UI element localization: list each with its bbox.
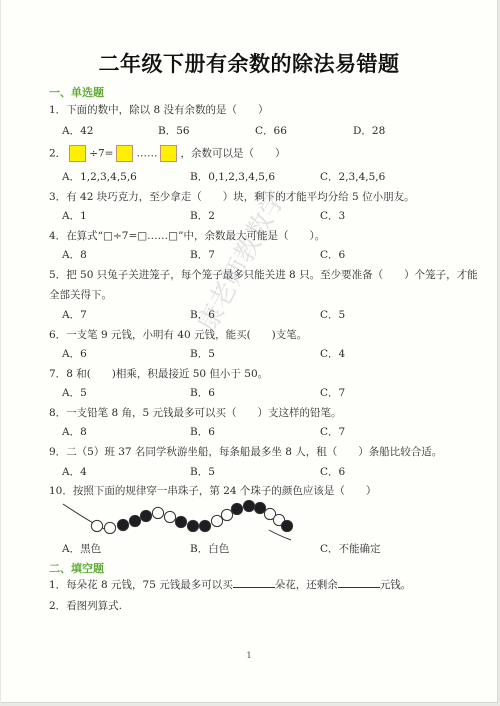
option-c[interactable]: C．6 xyxy=(320,247,345,262)
question-2: 2．÷7=……，余数可以是（ ） xyxy=(49,145,285,162)
white-bead-icon xyxy=(164,511,175,522)
black-bead-icon xyxy=(129,515,140,526)
option-b[interactable]: B．6 xyxy=(190,307,215,322)
question-4-options: A．8 B．7 C．6 xyxy=(62,247,482,261)
black-bead-icon xyxy=(187,520,198,531)
question-text: 二（5）班 37 名同学秋游坐船，每条船最多坐 8 人，租（ ）条船比较合适。 xyxy=(66,446,442,458)
option-b[interactable]: B．6 xyxy=(190,424,215,439)
option-c[interactable]: C．不能确定 xyxy=(320,541,381,556)
black-bead-icon xyxy=(199,520,210,531)
question-10-options: A．黑色 B．白色 C．不能确定 xyxy=(62,541,482,555)
question-number: 8． xyxy=(49,407,66,419)
question-number: 5． xyxy=(49,269,66,281)
section-heading-fill-blank: 二、填空题 xyxy=(49,560,104,576)
option-a[interactable]: A．7 xyxy=(62,307,87,322)
bead-string-figure xyxy=(61,498,301,543)
question-text: 把 50 只兔子关进笼子，每个笼子最多只能关进 8 只。至少要准备（ ）个笼子，… xyxy=(66,269,477,281)
question-number: 1． xyxy=(49,579,66,591)
option-c[interactable]: C．2,3,4,5,6 xyxy=(320,169,385,184)
black-bead-icon xyxy=(140,510,151,521)
question-5-continued: 全部关得下。 xyxy=(49,287,112,302)
question-5: 5．把 50 只兔子关进笼子，每个笼子最多只能关进 8 只。至少要准备（ ）个笼… xyxy=(49,267,478,282)
question-text: 有 42 块巧克力，至少拿走（ ）块，剩下的才能平均分给 5 位小朋友。 xyxy=(66,191,414,203)
question-10: 10．按照下面的规律穿一串珠子，第 24 个珠子的颜色应该是（ ） xyxy=(49,483,376,498)
option-b[interactable]: B．5 xyxy=(190,464,215,479)
white-bead-icon xyxy=(152,507,163,518)
black-bead-icon xyxy=(117,519,128,530)
question-6-options: A．6 B．5 C．4 xyxy=(62,346,482,360)
black-bead-icon xyxy=(254,502,265,513)
option-b[interactable]: B．白色 xyxy=(190,541,229,556)
question-number: 4． xyxy=(49,230,66,242)
question-number: 1． xyxy=(49,104,66,116)
option-c[interactable]: C．4 xyxy=(320,346,345,361)
question-number: 6． xyxy=(49,329,66,341)
question-text: 按照下面的规律穿一串珠子，第 24 个珠子的颜色应该是（ ） xyxy=(73,485,377,497)
question-text: 下面的数中，除以 8 没有余数的是（ ） xyxy=(66,104,268,116)
question-3-options: A．1 B．2 C．3 xyxy=(62,208,482,222)
question-text: 一支铅笔 8 角，5 元钱最多可以买（ ）支这样的铅笔。 xyxy=(66,407,341,419)
white-bead-icon xyxy=(104,522,115,533)
question-4: 4．在算式“□÷7=□……□”中，余数最大可能是（ ）。 xyxy=(49,228,325,243)
black-bead-icon xyxy=(231,503,242,514)
option-b[interactable]: B．2 xyxy=(190,208,215,223)
black-bead-icon xyxy=(175,516,186,527)
question-text: 一支笔 9 元钱，小明有 40 元钱，能买( )支笔。 xyxy=(66,329,307,341)
question-1-options: A．42 B．56 C．66 D．28 xyxy=(62,123,482,137)
black-bead-icon xyxy=(281,520,292,531)
white-bead-icon xyxy=(211,515,222,526)
option-b[interactable]: B．7 xyxy=(190,247,215,262)
page-title: 二年级下册有余数的除法易错题 xyxy=(1,48,497,78)
question-7: 7．8 和( )相乘，积最接近 50 但小于 50。 xyxy=(49,366,268,381)
division-text: ÷7= xyxy=(89,148,113,160)
remainder-box xyxy=(160,145,177,162)
option-c[interactable]: C．5 xyxy=(320,307,345,322)
fill-question-1: 1．每朵花 8 元钱，75 元钱最多可以买朵花，还剩余元钱。 xyxy=(49,577,411,592)
answer-blank-1[interactable] xyxy=(233,577,275,588)
question-3: 3．有 42 块巧克力，至少拿走（ ）块，剩下的才能平均分给 5 位小朋友。 xyxy=(49,189,415,204)
question-1: 1．下面的数中，除以 8 没有余数的是（ ） xyxy=(49,102,269,117)
option-a[interactable]: A．42 xyxy=(62,123,93,138)
question-9: 9．二（5）班 37 名同学秋游坐船，每条船最多坐 8 人，租（ ）条船比较合适… xyxy=(49,444,442,459)
option-c[interactable]: C．3 xyxy=(320,208,345,223)
question-number: 10． xyxy=(49,485,73,497)
question-2-options: A．1,2,3,4,5,6 B．0,1,2,3,4,5,6 C．2,3,4,5,… xyxy=(62,169,482,183)
section-heading-single-choice: 一、单选题 xyxy=(49,84,104,100)
black-bead-icon xyxy=(243,500,254,511)
option-c[interactable]: C．66 xyxy=(255,123,287,138)
option-a[interactable]: A．1 xyxy=(62,208,87,223)
option-c[interactable]: C．6 xyxy=(320,464,345,479)
option-c[interactable]: C．7 xyxy=(320,424,345,439)
question-text: 朵花，还剩余 xyxy=(275,579,338,591)
option-b[interactable]: B．0,1,2,3,4,5,6 xyxy=(190,169,275,184)
question-number: 3． xyxy=(49,191,66,203)
question-7-options: A．5 B．6 C．7 xyxy=(62,385,482,399)
quotient-box xyxy=(116,145,133,162)
question-8: 8．一支铅笔 8 角，5 元钱最多可以买（ ）支这样的铅笔。 xyxy=(49,405,342,420)
option-a[interactable]: A．黑色 xyxy=(62,541,101,556)
option-a[interactable]: A．1,2,3,4,5,6 xyxy=(62,169,137,184)
white-bead-icon xyxy=(221,509,232,520)
question-text: ，余数可以是（ ） xyxy=(180,148,285,160)
option-b[interactable]: B．56 xyxy=(158,123,190,138)
question-9-options: A．4 B．5 C．6 xyxy=(62,464,482,478)
question-text: 8 和( )相乘，积最接近 50 但小于 50。 xyxy=(66,368,268,380)
option-a[interactable]: A．8 xyxy=(62,424,87,439)
question-text: 看图列算式. xyxy=(66,600,122,612)
answer-blank-2[interactable] xyxy=(338,577,380,588)
option-d[interactable]: D．28 xyxy=(353,123,385,138)
dividend-box xyxy=(69,145,86,162)
question-number: 2． xyxy=(49,600,66,612)
question-number: 2． xyxy=(49,148,66,160)
option-b[interactable]: B．6 xyxy=(190,385,215,400)
question-6: 6．一支笔 9 元钱，小明有 40 元钱，能买( )支笔。 xyxy=(49,327,307,342)
question-number: 9． xyxy=(49,446,66,458)
option-a[interactable]: A．8 xyxy=(62,247,87,262)
question-text: 元钱。 xyxy=(380,579,412,591)
page-number: 1 xyxy=(1,651,497,660)
ellipsis-text: …… xyxy=(136,148,157,160)
question-text: 每朵花 8 元钱，75 元钱最多可以买 xyxy=(66,579,233,591)
option-b[interactable]: B．5 xyxy=(190,346,215,361)
fill-question-2: 2．看图列算式. xyxy=(49,598,122,613)
question-text: 在算式“□÷7=□……□”中，余数最大可能是（ ）。 xyxy=(66,230,325,242)
question-number: 7． xyxy=(49,368,66,380)
question-8-options: A．8 B．6 C．7 xyxy=(62,424,482,438)
document-page: 二年级下册有余数的除法易错题 一、单选题 1．下面的数中，除以 8 没有余数的是… xyxy=(1,0,498,703)
option-a[interactable]: A．5 xyxy=(62,385,87,400)
option-a[interactable]: A．4 xyxy=(62,464,87,479)
option-c[interactable]: C．7 xyxy=(320,385,345,400)
question-5-options: A．7 B．6 C．5 xyxy=(62,307,482,321)
option-a[interactable]: A．6 xyxy=(62,346,87,361)
white-bead-icon xyxy=(91,520,102,531)
